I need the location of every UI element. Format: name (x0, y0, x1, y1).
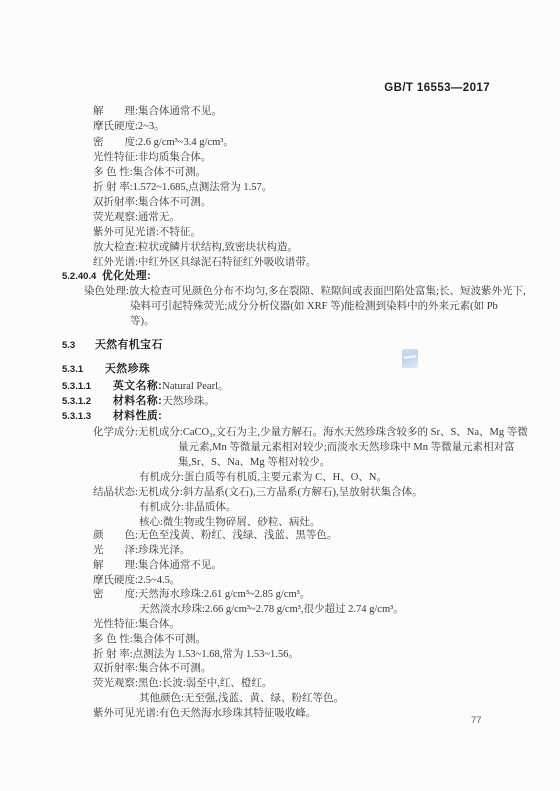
text-line: 解 理:集合体通常不见。 (93, 104, 222, 119)
body-text: 多 色 性:集合体不可测。 (93, 634, 206, 645)
body-text: 量元素,Mn 等微量元素相对较少;而淡水天然珍珠中 Mn 等微量元素相对富 (178, 442, 515, 453)
clause-number: 5.3.1.1 (62, 379, 113, 394)
body-text: 天然珍珠。 (162, 396, 215, 407)
scanner-watermark-icon (402, 349, 418, 368)
body-text: 光性特征:集合体。 (93, 619, 180, 630)
text-line: 紫外可见光谱:不特征。 (93, 225, 201, 240)
body-text: 集,Sr、S、Na、Mg 等相对较少。 (178, 457, 330, 468)
text-line: 密 度:天然海水珍珠:2.61 g/cm³~2.85 g/cm³。 (93, 587, 310, 602)
heading-text: 天然有机宝石 (95, 339, 163, 351)
body-text: 颜 色:无色至浅黄、粉红、浅绿、浅蓝、黑等色。 (93, 530, 337, 541)
body-text: 折 射 率:1.572~1.685,点测法常为 1.57。 (93, 182, 272, 193)
body-text: 摩氏硬度:2~3。 (93, 121, 165, 132)
clause-number: 5.3.1.2 (62, 394, 113, 409)
body-text: 天然淡水珍珠:2.66 g/cm³~2.78 g/cm³,很少超过 2.74 g… (139, 604, 404, 615)
heading-text: 材料性质: (113, 410, 162, 422)
text-line: 5.3.1.2材料名称:天然珍珠。 (62, 394, 215, 409)
heading-text: 优化处理: (102, 270, 151, 282)
text-line: 光性特征:集合体。 (93, 617, 180, 632)
body-text: 解 理:集合体通常不见。 (93, 560, 222, 571)
body-text: 密 度:天然海水珍珠:2.61 g/cm³~2.85 g/cm³。 (93, 589, 310, 600)
clause-number: 5.3 (62, 338, 95, 353)
text-line: 摩氏硬度:2~3。 (93, 119, 165, 134)
body-text: 光 泽:珍珠光泽。 (93, 545, 190, 556)
text-line: 量元素,Mn 等微量元素相对较少;而淡水天然珍珠中 Mn 等微量元素相对富 (178, 440, 515, 455)
text-line: 集,Sr、S、Na、Mg 等相对较少。 (178, 455, 330, 470)
body-text: 解 理:集合体通常不见。 (93, 106, 222, 117)
text-line: 等)。 (130, 314, 155, 329)
body-text: 有机成分:蛋白质等有机质,主要元素为 C、H、O、N。 (139, 472, 387, 483)
heading-text: 材料名称: (113, 395, 162, 407)
text-line: 化学成分:无机成分:CaCO₃,文石为主,少量方解石。海水天然珍珠含较多的 Sr… (93, 425, 528, 440)
text-line: 有机成分:非晶质体。 (139, 500, 236, 515)
body-text: 紫外可见光谱:有色天然海水珍珠其特征吸收峰。 (93, 708, 316, 719)
body-text: Natural Pearl。 (162, 381, 228, 392)
text-line: 折 射 率:1.572~1.685,点测法常为 1.57。 (93, 180, 272, 195)
document-page: GB/T 16553—2017 解 理:集合体通常不见。摩氏硬度:2~3。密 度… (0, 0, 560, 791)
text-line: 5.2.40.4优化处理: (62, 269, 151, 284)
text-line: 放大检查:粒状或鳞片状结构,致密块状构造。 (93, 240, 298, 255)
text-line: 荧光观察:通常无。 (93, 210, 180, 225)
text-line: 5.3.1天然珍珠 (62, 362, 150, 377)
body-text: 摩氏硬度:2.5~4.5。 (93, 575, 180, 586)
body-text: 有机成分:非晶质体。 (139, 502, 236, 513)
text-line: 光 泽:珍珠光泽。 (93, 543, 190, 558)
body-text: 折 射 率:点测法为 1.53~1.68,常为 1.53~1.56。 (93, 649, 299, 660)
body-text: 多 色 性:集合体不可测。 (93, 167, 206, 178)
body-text: 光性特征:非均质集合体。 (93, 152, 211, 163)
text-line: 天然淡水珍珠:2.66 g/cm³~2.78 g/cm³,很少超过 2.74 g… (139, 602, 404, 617)
heading-text: 天然珍珠 (105, 363, 150, 375)
text-line: 光性特征:非均质集合体。 (93, 150, 211, 165)
text-line: 染色处理:放大检查可见颜色分布不均匀,多在裂隙、粒隙间或表面凹陷处富集;长、短波… (84, 284, 526, 299)
clause-number: 5.2.40.4 (62, 269, 102, 284)
body-text: 结晶状态:无机成分:斜方晶系(文石),三方晶系(方解石),呈放射状集合体。 (93, 487, 423, 498)
body-text: 双折射率:集合体不可测。 (93, 197, 211, 208)
text-line: 5.3.1.1英文名称:Natural Pearl。 (62, 379, 228, 394)
body-text: 化学成分:无机成分:CaCO₃,文石为主,少量方解石。海水天然珍珠含较多的 Sr… (93, 427, 528, 438)
document-body: 解 理:集合体通常不见。摩氏硬度:2~3。密 度:2.6 g/cm³~3.4 g… (0, 0, 560, 791)
body-text: 红外光谱:中红外区具绿泥石特征红外吸收谱带。 (93, 257, 316, 268)
clause-number: 5.3.1.3 (62, 409, 113, 424)
text-line: 解 理:集合体通常不见。 (93, 558, 222, 573)
text-line: 双折射率:集合体不可测。 (93, 661, 211, 676)
text-line: 其他颜色:无至强,浅蓝、黄、绿、粉红等色。 (139, 691, 344, 706)
text-line: 密 度:2.6 g/cm³~3.4 g/cm³。 (93, 135, 234, 150)
heading-text: 英文名称: (113, 380, 162, 392)
clause-number: 5.3.1 (62, 362, 105, 377)
body-text: 染料可引起特殊荧光;成分分析仪器(如 XRF 等)能检测到染料中的外来元素(如 … (130, 301, 498, 312)
text-line: 染料可引起特殊荧光;成分分析仪器(如 XRF 等)能检测到染料中的外来元素(如 … (130, 299, 498, 314)
text-line: 折 射 率:点测法为 1.53~1.68,常为 1.53~1.56。 (93, 647, 299, 662)
body-text: 其他颜色:无至强,浅蓝、黄、绿、粉红等色。 (139, 693, 344, 704)
text-line: 结晶状态:无机成分:斜方晶系(文石),三方晶系(方解石),呈放射状集合体。 (93, 485, 423, 500)
page-number: 77 (471, 715, 482, 726)
body-text: 等)。 (130, 316, 155, 327)
text-line: 颜 色:无色至浅黄、粉红、浅绿、浅蓝、黑等色。 (93, 528, 337, 543)
body-text: 紫外可见光谱:不特征。 (93, 227, 201, 238)
text-line: 多 色 性:集合体不可测。 (93, 632, 206, 647)
body-text: 放大检查:粒状或鳞片状结构,致密块状构造。 (93, 242, 298, 253)
text-line: 5.3天然有机宝石 (62, 338, 163, 353)
body-text: 双折射率:集合体不可测。 (93, 663, 211, 674)
text-line: 紫外可见光谱:有色天然海水珍珠其特征吸收峰。 (93, 706, 316, 721)
body-text: 密 度:2.6 g/cm³~3.4 g/cm³。 (93, 137, 234, 148)
text-line: 多 色 性:集合体不可测。 (93, 165, 206, 180)
body-text: 荧光观察:黑色:长波:弱至中,红、橙红。 (93, 678, 272, 689)
body-text: 染色处理:放大检查可见颜色分布不均匀,多在裂隙、粒隙间或表面凹陷处富集;长、短波… (84, 286, 526, 297)
text-line: 摩氏硬度:2.5~4.5。 (93, 573, 180, 588)
body-text: 荧光观察:通常无。 (93, 212, 180, 223)
text-line: 荧光观察:黑色:长波:弱至中,红、橙红。 (93, 676, 272, 691)
text-line: 双折射率:集合体不可测。 (93, 195, 211, 210)
text-line: 5.3.1.3材料性质: (62, 409, 162, 424)
text-line: 红外光谱:中红外区具绿泥石特征红外吸收谱带。 (93, 255, 316, 270)
text-line: 有机成分:蛋白质等有机质,主要元素为 C、H、O、N。 (139, 470, 387, 485)
body-text: 核心:微生物或生物碎屑、砂粒、病灶。 (139, 517, 320, 528)
